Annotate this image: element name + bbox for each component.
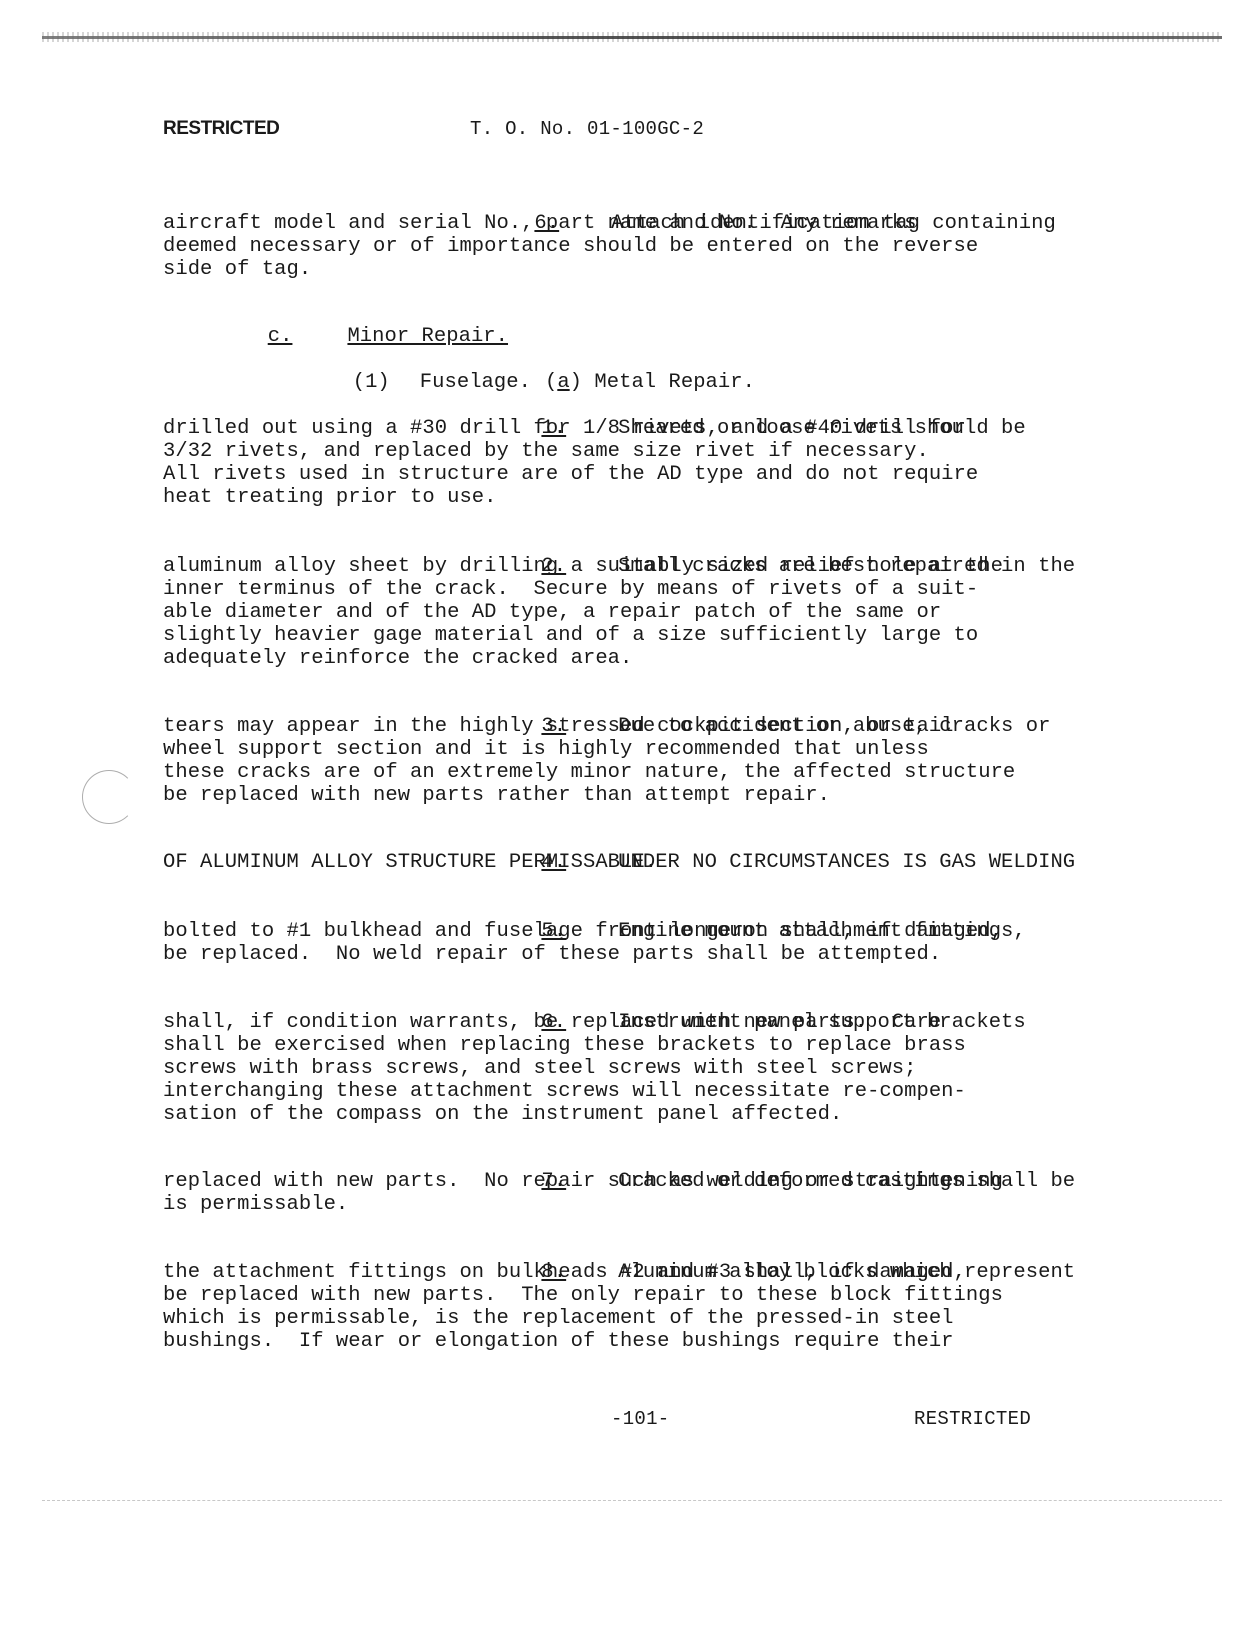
item-5-line-1: bolted to #1 bulkhead and fuselage front… [163,920,1003,943]
item-5-line-2: be replaced. No weld repair of these par… [163,943,941,966]
subsection-sub-title: Metal Repair. [594,371,755,394]
item-8-line-4: bushings. If wear or elongation of these… [163,1330,954,1353]
header-classification: RESTRICTED [163,118,279,140]
item-6-line-1: shall, if condition warrants, be replace… [163,1011,941,1034]
section-letter: c. [268,325,293,348]
item-8-line-1: the attachment fittings on bulkheads #2 … [163,1261,966,1284]
item-3-line-3: these cracks are of an extremely minor n… [163,761,1015,784]
item-2-line-1: aluminum alloy sheet by drilling a suita… [163,555,1003,578]
item-1-line-4: heat treating prior to use. [163,486,497,509]
item-2-line-2: inner terminus of the crack. Secure by m… [163,578,978,601]
footer-page-number: -101- [611,1408,670,1430]
item-6-line-3: screws with brass screws, and steel scre… [163,1057,916,1080]
subsection-number: (1) [353,371,390,394]
subsection-title: Fuselage. [420,371,531,394]
item-1-line-2: 3/32 rivets, and replaced by the same si… [163,440,929,463]
item-1-line-1: drilled out using a #30 drill for 1/8 ri… [163,417,966,440]
item-6-line-2: shall be exercised when replacing these … [163,1034,966,1057]
item-6-line-5: sation of the compass on the instrument … [163,1103,842,1126]
section-heading: c.Minor Repair. [243,302,508,348]
item-7-line-1: replaced with new parts. No repair such … [163,1170,1003,1193]
intro-line-1: aircraft model and serial No., part name… [163,212,916,235]
section-title: Minor Repair. [347,325,508,348]
header-doc-number: T. O. No. 01-100GC-2 [470,118,704,140]
item-1-line-3: All rivets used in structure are of the … [163,463,978,486]
scan-bottom-edge-rule [42,1500,1222,1502]
item-2-line-3: able diameter and of the AD type, a repa… [163,601,941,624]
item-7-line-2: is permissable. [163,1193,348,1216]
subsection-heading: (1)Fuselage.(a) Metal Repair. [328,348,755,394]
binder-punch-hole-mark [82,770,136,824]
intro-line-2: deemed necessary or of importance should… [163,235,978,258]
item-8-line-2: be replaced with new parts. The only rep… [163,1284,1003,1307]
item-6-line-4: interchanging these attachment screws wi… [163,1080,966,1103]
item-2-line-5: adequately reinforce the cracked area. [163,647,632,670]
item-2-line-4: slightly heavier gage material and of a … [163,624,978,647]
item-4-line-0: UNDER NO CIRCUMSTANCES IS GAS WELDING [618,851,1075,874]
subsection-sub-letter: (a) [545,371,582,394]
footer-classification: RESTRICTED [914,1408,1031,1430]
scan-top-edge-rule [42,36,1222,39]
item-3-line-1: tears may appear in the highly stressed … [163,715,954,738]
item-4-line-1: OF ALUMINUM ALLOY STRUCTURE PERMISSABLE. [163,851,657,874]
intro-line-3: side of tag. [163,258,311,281]
item-3-line-4: be replaced with new parts rather than a… [163,784,830,807]
item-3-line-2: wheel support section and it is highly r… [163,738,929,761]
item-8-line-3: which is permissable, is the replacement… [163,1307,954,1330]
